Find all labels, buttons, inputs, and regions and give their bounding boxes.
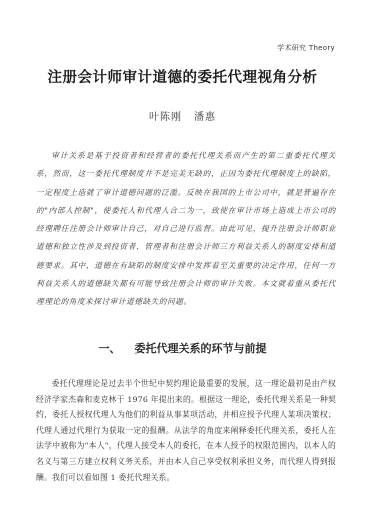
author-name: 叶陈刚 [149, 112, 182, 123]
author-list: 叶陈刚潘惠 [0, 108, 365, 123]
body-text: 委托代理理论是过去半个世纪中契约理论最重要的发展，这一理论最初是由产权经济学家杰… [36, 376, 336, 485]
body-paragraph: 委托代理理论是过去半个世纪中契约理论最重要的发展，这一理论最初是由产权经济学家杰… [36, 376, 336, 485]
section-title: 委托代理关系的环节与前提 [135, 342, 267, 355]
abstract-paragraph: 审计关系是基于投资者和经营者的委托代理关系而产生的第二重委托代理关系，然而，这一… [36, 147, 336, 312]
running-head: 学术研究 Theory [277, 43, 335, 53]
abstract: 审计关系是基于投资者和经营者的委托代理关系而产生的第二重委托代理关系，然而，这一… [36, 147, 336, 312]
author-name: 潘惠 [194, 112, 216, 123]
section-number: 一、 [99, 342, 121, 355]
section-heading: 一、委托代理关系的环节与前提 [0, 340, 365, 356]
paper-title: 注册会计师审计道德的委托代理视角分析 [0, 66, 365, 87]
